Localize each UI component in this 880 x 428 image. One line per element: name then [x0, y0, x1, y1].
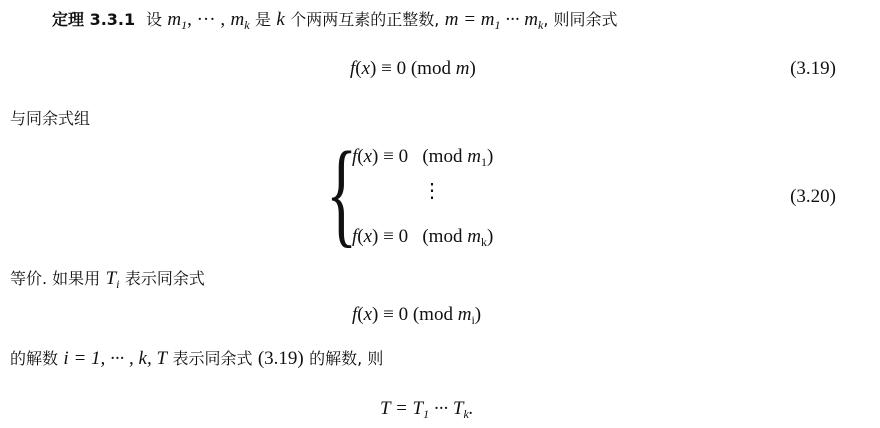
system-row-k: f(x) ≡ 0 (mod mk) — [352, 226, 493, 248]
theorem-statement: 定理 3.3.1 设 m1, ··· , mk 是 k 个两两互素的正整数, m… — [52, 9, 618, 31]
theorem-label: 定理 3.3.1 — [52, 10, 135, 29]
solutions-text: 的解数 i = 1, ··· , k, T 表示同余式 (3.19) 的解数, … — [10, 348, 383, 370]
theorem-text: 设 — [146, 10, 162, 29]
equation-T-product: T = T1 ··· Tk. — [380, 398, 474, 420]
system-intro-text: 与同余式组 — [10, 108, 90, 130]
system-row-1: f(x) ≡ 0 (mod m1) — [352, 146, 493, 168]
equation-mod-mi: f(x) ≡ 0 (mod mi) — [352, 304, 481, 326]
system-vdots: ⋮ — [422, 180, 442, 202]
equation-number-3-20: (3.20) — [790, 186, 836, 208]
math-m-product: m = m1 ··· mk — [445, 9, 544, 30]
equation-3-19: f(x) ≡ 0 (mod m) — [350, 58, 476, 80]
equation-number-3-19: (3.19) — [790, 58, 836, 80]
math-mk: mk — [231, 9, 250, 30]
math-m1: m1 — [167, 9, 187, 30]
equivalence-text: 等价. 如果用 Ti 表示同余式 — [10, 268, 205, 290]
equation-reference: (3.19) — [258, 348, 304, 369]
